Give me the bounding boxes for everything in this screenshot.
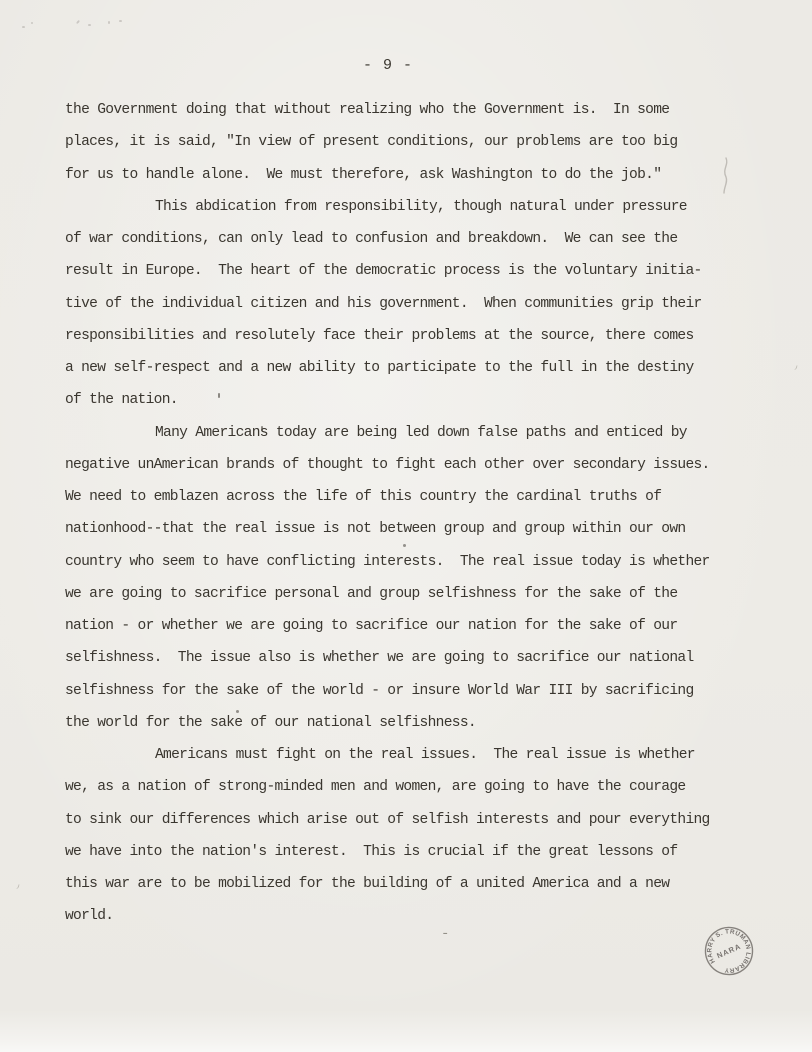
document-line: nationhood--that the real issue is not b…: [65, 513, 745, 545]
document-line: Americans must fight on the real issues.…: [65, 739, 745, 771]
pencil-mark: [88, 24, 91, 26]
document-line: tive of the individual citizen and his g…: [65, 288, 745, 320]
archive-stamp: HARRY S. TRUMAN LIBRARY NARA: [697, 919, 761, 983]
pencil-mark: [76, 20, 80, 24]
document-body: the Government doing that without realiz…: [65, 94, 745, 933]
pencil-mark: [22, 26, 25, 28]
document-line: country who seem to have conflicting int…: [65, 546, 745, 578]
document-line: selfishness for the sake of the world - …: [65, 675, 745, 707]
document-line: world.: [65, 900, 745, 932]
document-line: We need to emblazen across the life of t…: [65, 481, 745, 513]
document-line: result in Europe. The heart of the democ…: [65, 255, 745, 287]
document-line: we, as a nation of strong-minded men and…: [65, 771, 745, 803]
document-line: places, it is said, "In view of present …: [65, 126, 745, 158]
document-line: negative unAmerican brands of thought to…: [65, 449, 745, 481]
document-line: Many Americans today are being led down …: [65, 417, 745, 449]
document-page: - 9 - the Government doing that without …: [0, 0, 812, 1052]
stamp-center-text: NARA: [715, 942, 742, 961]
document-line: we have into the nation's interest. This…: [65, 836, 745, 868]
stray-mark: [218, 393, 220, 398]
document-line: a new self-respect and a new ability to …: [65, 352, 745, 384]
document-line: of war conditions, can only lead to conf…: [65, 223, 745, 255]
document-line: for us to handle alone. We must therefor…: [65, 159, 745, 191]
pencil-mark: [31, 22, 33, 24]
stray-mark: [14, 884, 19, 890]
document-line: the Government doing that without realiz…: [65, 94, 745, 126]
document-line: the world for the sake of our national s…: [65, 707, 745, 739]
document-line: we are going to sacrifice personal and g…: [65, 578, 745, 610]
pencil-squiggle: [719, 155, 733, 197]
stray-mark: [792, 365, 797, 371]
document-line: This abdication from responsibility, tho…: [65, 191, 745, 223]
bottom-dash-mark: -: [441, 926, 449, 942]
document-line: responsibilities and resolutely face the…: [65, 320, 745, 352]
stray-mark: [261, 426, 263, 431]
document-line: selfishness. The issue also is whether w…: [65, 642, 745, 674]
document-line: nation - or whether we are going to sacr…: [65, 610, 745, 642]
document-line: of the nation.: [65, 384, 745, 416]
stray-mark: [236, 710, 239, 713]
document-line: this war are to be mobilized for the bui…: [65, 868, 745, 900]
document-line: to sink our differences which arise out …: [65, 804, 745, 836]
page-number: - 9 -: [363, 57, 413, 74]
pencil-mark: [119, 20, 122, 22]
pencil-mark: [108, 21, 110, 24]
stray-mark: [403, 544, 406, 547]
